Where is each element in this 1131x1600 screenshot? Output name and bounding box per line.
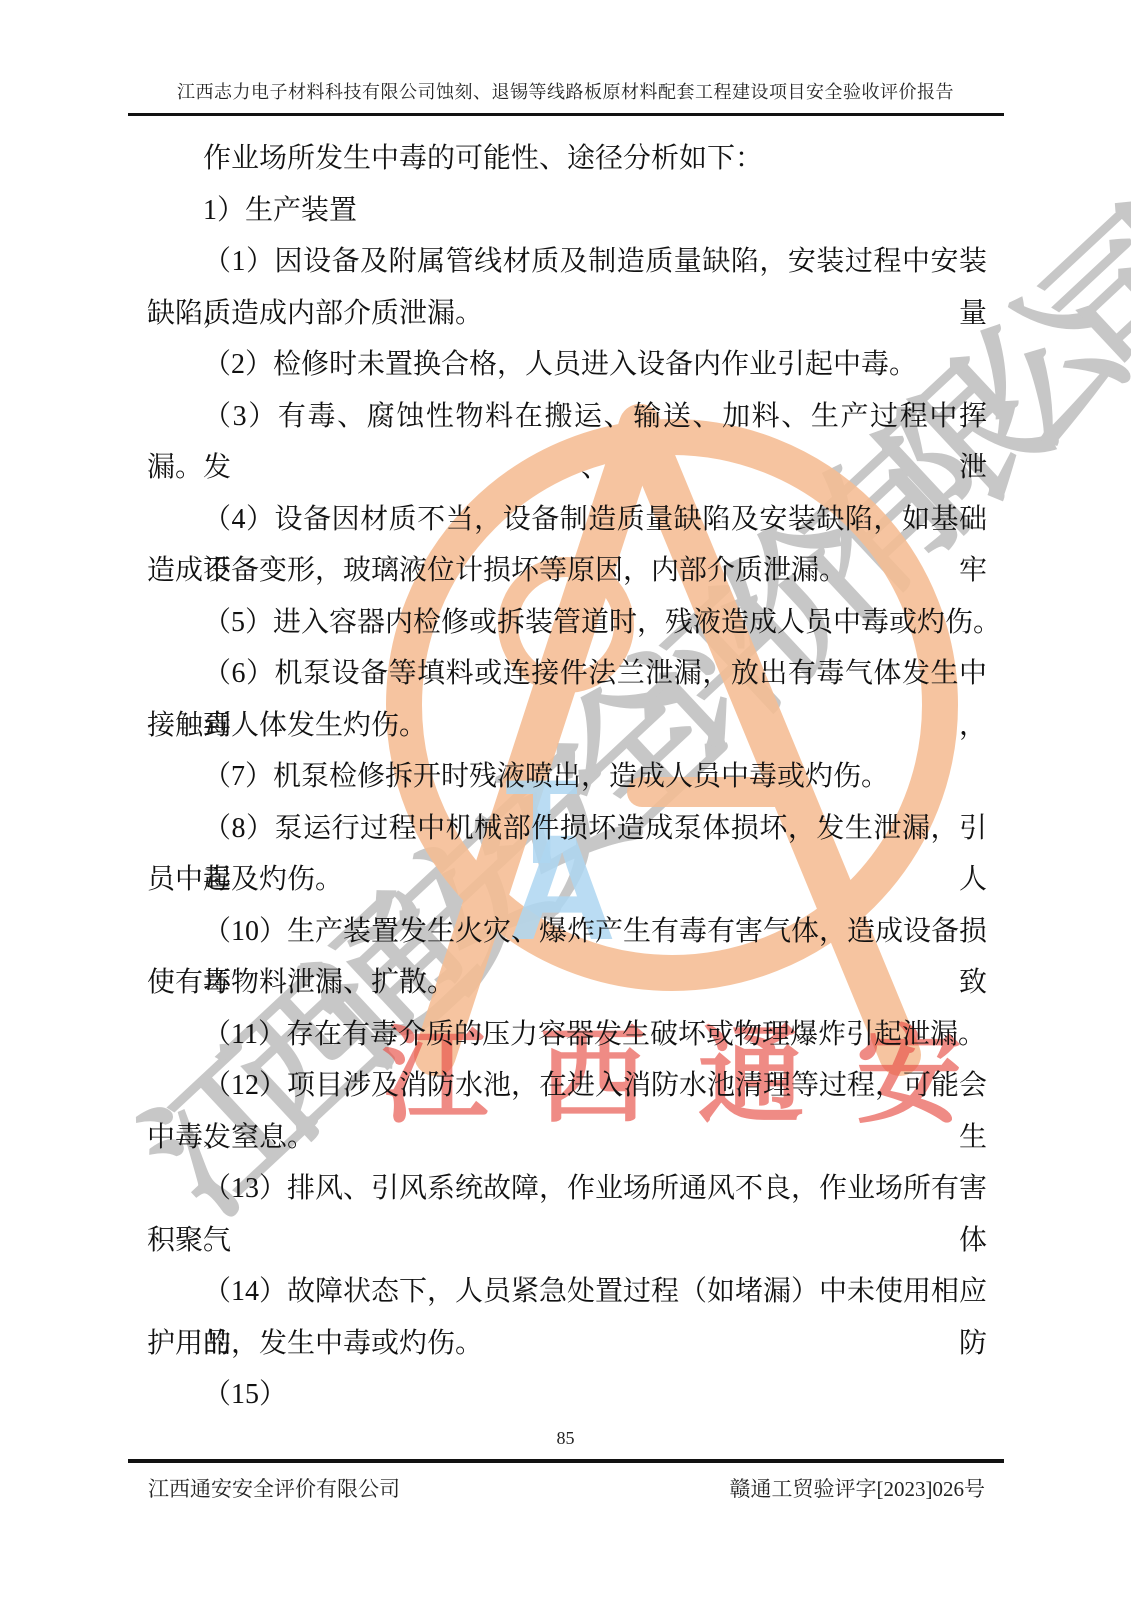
body-text: 作业场所发生中毒的可能性、途径分析如下：1）生产装置（1）因设备及附属管线材质及… [147,133,987,1421]
page-number: 85 [0,1428,1131,1449]
document-page: 江西通安安全评价有限公司 T A 江西通安 江西志力电子材料科技有限公司蚀刻、退… [0,0,1131,1600]
body-line: （12）项目涉及消防水池，在进入消防水池清理等过程，可能会发生 [147,1060,987,1112]
footer-company-name: 江西通安安全评价有限公司 [148,1473,400,1503]
page-content: 江西志力电子材料科技有限公司蚀刻、退锡等线路板原材料配套工程建设项目安全验收评价… [0,0,1131,1600]
body-line: （15） [147,1369,987,1421]
body-line: （11）存在有毒介质的压力容器发生破坏或物理爆炸引起泄漏。 [147,1009,987,1061]
report-header-title: 江西志力电子材料科技有限公司蚀刻、退锡等线路板原材料配套工程建设项目安全验收评价… [64,78,1067,104]
body-line: （10）生产装置发生火灾、爆炸产生有毒有害气体，造成设备损坏致 [147,906,987,958]
body-line: （4）设备因材质不当，设备制造质量缺陷及安装缺陷，如基础不牢 [147,494,987,546]
body-line: （14）故障状态下，人员紧急处置过程（如堵漏）中未使用相应的防 [147,1266,987,1318]
body-line: （2）检修时未置换合格，人员进入设备内作业引起中毒。 [147,339,987,391]
body-line: 1）生产装置 [147,185,987,237]
body-line: （13）排风、引风系统故障，作业场所通风不良，作业场所有害气体 [147,1163,987,1215]
body-line: （5）进入容器内检修或拆装管道时，残液造成人员中毒或灼伤。 [147,597,987,649]
body-line: （1）因设备及附属管线材质及制造质量缺陷，安装过程中安装质量 [147,236,987,288]
header-rule [128,113,1004,116]
body-line: （8）泵运行过程中机械部件损坏造成泵体损坏，发生泄漏，引起人 [147,803,987,855]
body-line: （6）机泵设备等填料或连接件法兰泄漏，放出有毒气体发生中毒， [147,648,987,700]
body-line: 作业场所发生中毒的可能性、途径分析如下： [147,133,987,185]
body-line: （3）有毒、腐蚀性物料在搬运、输送、加料、生产过程中挥发、泄 [147,391,987,443]
footer-rule [128,1459,1004,1463]
footer-document-number: 赣通工贸验评字[2023]026号 [730,1473,986,1503]
body-line: （7）机泵检修拆开时残液喷出，造成人员中毒或灼伤。 [147,751,987,803]
